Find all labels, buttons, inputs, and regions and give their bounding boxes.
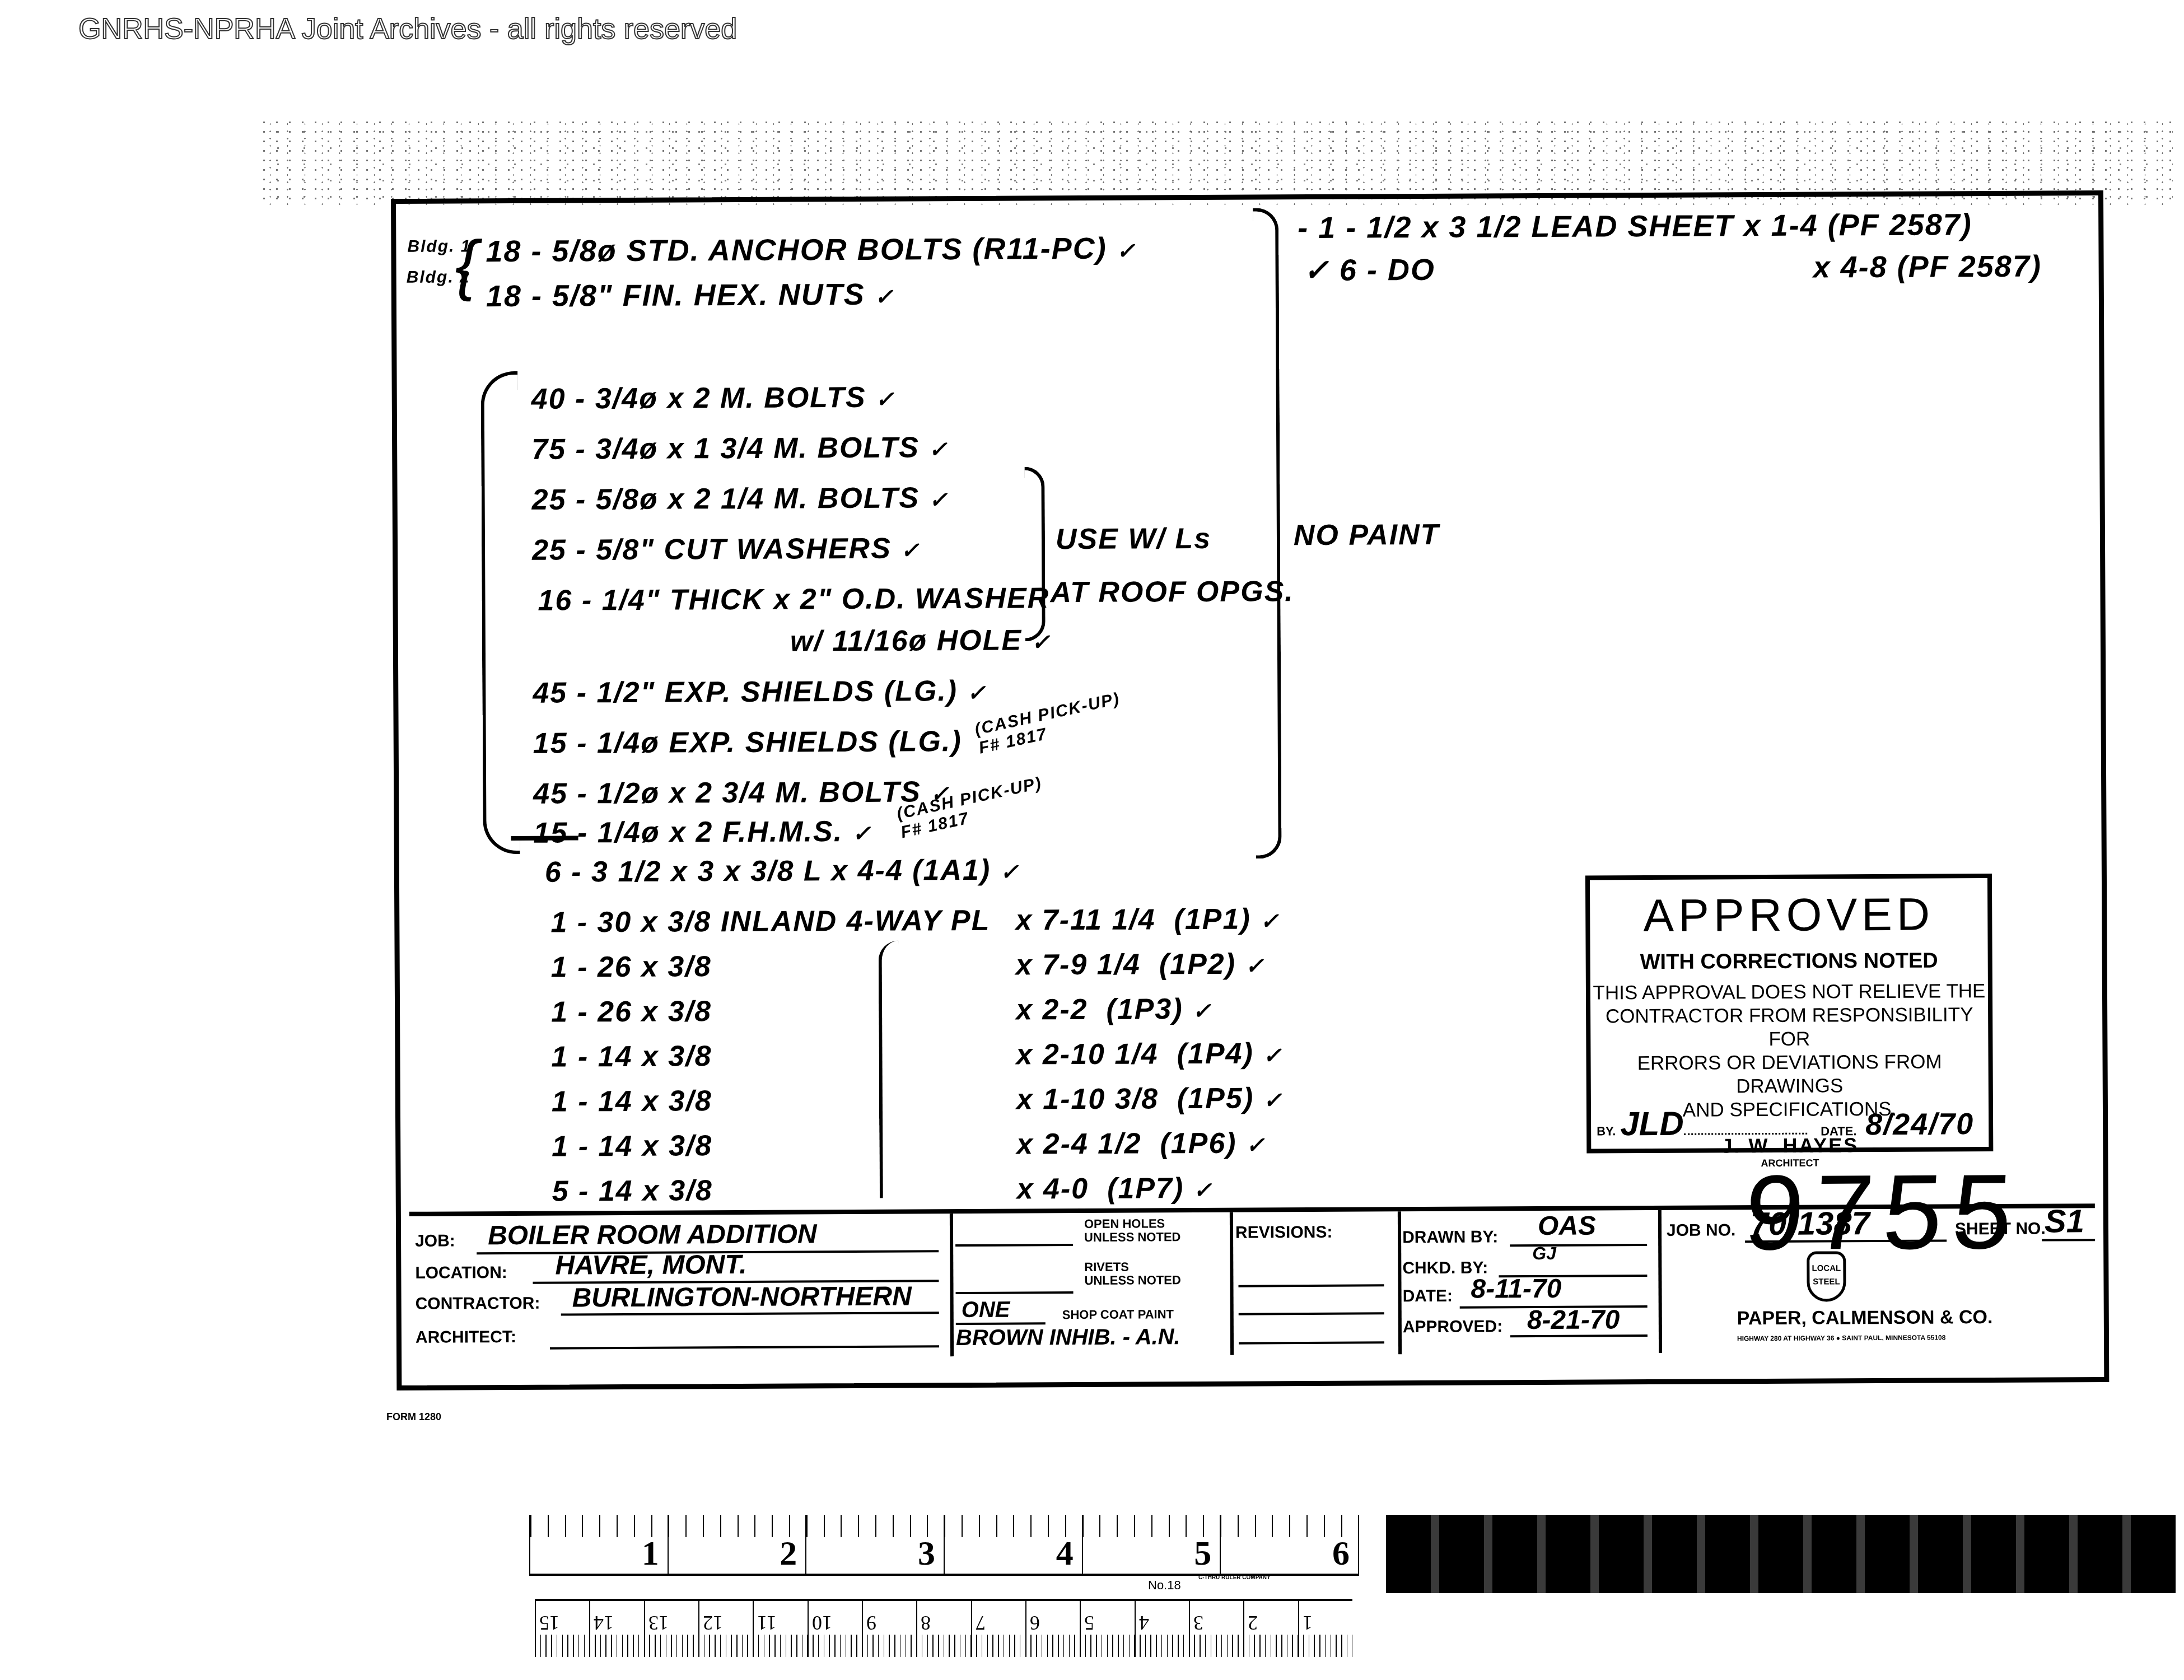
plate-item: 1 - 14 x 3/8 <box>551 1039 712 1074</box>
company-name: PAPER, CALMENSON & CO. <box>1737 1306 1993 1329</box>
roof-openings-brace <box>1024 466 1046 641</box>
ruler-major-tick <box>1358 1515 1359 1574</box>
local-steel-logo-icon: LOCAL STEEL <box>1807 1251 1846 1301</box>
hardware-brace <box>481 371 520 854</box>
cm-label: 1 <box>1303 1611 1313 1635</box>
drawn-by-value: OAS <box>1538 1211 1596 1242</box>
plate-item: 5 - 14 x 3/8 <box>552 1174 713 1208</box>
company-address: HIGHWAY 280 AT HIGHWAY 36 ● SAINT PAUL, … <box>1737 1331 1946 1345</box>
cm-label: 12 <box>703 1611 723 1635</box>
plate-item: 1 - 14 x 3/8 <box>552 1129 712 1163</box>
no-paint-note: NO PAINT <box>1294 518 1440 552</box>
ruler-major-tick <box>944 1515 945 1574</box>
anchor-brace: { <box>455 226 479 303</box>
hardware-item: 45 - 1/2" EXP. SHIELDS (LG.) ✓ <box>533 674 987 710</box>
cm-label: 14 <box>594 1611 614 1635</box>
ruler-major-tick <box>971 1601 972 1657</box>
drawing-sheet: Bldg. 1 Bldg. 2 { 18 - 5/8ø STD. ANCHOR … <box>391 190 2109 1390</box>
approval-stamp: APPROVED WITH CORRECTIONS NOTED THIS APP… <box>1585 874 1993 1154</box>
plate-length: x 7-9 1/4 (1P2) ✓ <box>1016 947 1266 982</box>
hardware-item: 16 - 1/4" THICK x 2" O.D. WASHER <box>538 581 1049 617</box>
cm-label: 13 <box>648 1611 669 1635</box>
form-number: FORM 1280 <box>386 1411 441 1423</box>
job-value: BOILER ROOM ADDITION <box>488 1219 817 1251</box>
cm-label: 15 <box>539 1611 559 1635</box>
company-cell: JOB NO. 70-1387 SHEET NO. S1 LOCAL STEEL… <box>1658 1208 2096 1353</box>
hardware-item: 40 - 3/4ø x 2 M. BOLTS ✓ <box>531 381 895 416</box>
ruler-major-tick <box>1243 1601 1244 1657</box>
cm-label: 10 <box>812 1611 832 1635</box>
cm-label: 9 <box>866 1611 876 1635</box>
inch-label: 5 <box>1194 1534 1211 1574</box>
ruler-major-tick <box>1189 1601 1190 1657</box>
cm-label: 2 <box>1248 1611 1258 1635</box>
inch-label: 4 <box>1056 1534 1074 1574</box>
hardware-item: 25 - 5/8ø x 2 1/4 M. BOLTS ✓ <box>531 481 949 517</box>
ruler-major-tick <box>1220 1515 1221 1574</box>
ruler-major-tick <box>805 1515 806 1574</box>
stamp-by-initials: JLD <box>1620 1105 1684 1143</box>
cm-label: 11 <box>757 1611 777 1635</box>
job-info-cell: JOB: BOILER ROOM ADDITION LOCATION: HAVR… <box>409 1214 954 1359</box>
anchor-item: 18 - 5/8ø STD. ANCHOR BOLTS (R11-PC) ✓ <box>486 231 1136 269</box>
use-with-note: AT ROOF OPGS. <box>1050 575 1294 609</box>
ruler-major-tick <box>1135 1601 1136 1657</box>
use-with-note: USE W/ Ls <box>1056 522 1211 556</box>
plate-length: x 2-4 1/2 (1P6) ✓ <box>1016 1126 1266 1161</box>
plate-length: x 7-11 1/4 (1P1) ✓ <box>1015 902 1280 937</box>
inch-label: 3 <box>918 1534 935 1574</box>
plate-item: 1 - 26 x 3/8 <box>551 950 712 984</box>
stamp-date: 8/24/70 <box>1865 1107 1974 1142</box>
stamp-signature-row: BY.JLD DATE. 8/24/70 <box>1597 1103 1983 1143</box>
stamp-subtitle: WITH CORRECTIONS NOTED <box>1590 949 1988 974</box>
hardware-item: 15 - 1/4ø EXP. SHIELDS (LG.) <box>533 725 962 760</box>
ruler-major-tick <box>808 1601 809 1657</box>
ruler-major-tick <box>1080 1601 1081 1657</box>
cm-label: 6 <box>1030 1611 1040 1635</box>
revisions-cell: REVISIONS: <box>1230 1211 1402 1355</box>
inch-label: 2 <box>780 1534 797 1574</box>
plate-item: 1 - 14 x 3/8 <box>552 1084 712 1118</box>
sheet-number: S1 <box>2045 1202 2084 1240</box>
stamp-title: APPROVED <box>1590 888 1987 942</box>
checked-by-value: GJ <box>1532 1243 1556 1264</box>
lead-sheet-suffix: x 4-8 (PF 2587) <box>1813 249 2041 285</box>
cash-pickup-note: (CASH PICK-UP)F# 1817 <box>973 689 1126 758</box>
inch-label: 6 <box>1332 1534 1350 1574</box>
job-number: 70-1387 <box>1751 1205 1870 1243</box>
cm-label: 8 <box>921 1611 931 1635</box>
scan-calibration-bar <box>1386 1515 2176 1593</box>
drawn-by-cell: DRAWN BY: OAS CHKD. BY: GJ DATE: 8-11-70… <box>1398 1210 1662 1354</box>
hardware-item: w/ 11/16ø HOLE ✓ <box>790 623 1052 658</box>
plate-item: 1 - 30 x 3/8 INLAND 4-WAY PL <box>550 904 990 940</box>
cm-ruler: 123456789101112131415 <box>535 1599 1352 1657</box>
cm-label: 4 <box>1139 1611 1149 1635</box>
shop-coat-value: ONE <box>962 1298 1010 1323</box>
plate-item: 1 - 26 x 3/8 <box>551 995 712 1029</box>
plate-length: x 2-2 (1P3) ✓ <box>1016 992 1212 1027</box>
ruler-major-tick <box>1082 1515 1083 1574</box>
contractor-value: BURLINGTON-NORTHERN <box>572 1281 911 1313</box>
hardware-item: 75 - 3/4ø x 1 3/4 M. BOLTS ✓ <box>531 431 949 466</box>
ruler-major-tick <box>1025 1601 1026 1657</box>
ruler-major-tick <box>535 1601 536 1657</box>
title-block: JOB: BOILER ROOM ADDITION LOCATION: HAVR… <box>409 1203 2096 1359</box>
angle-item: 6 - 3 1/2 x 3 x 3/8 L x 4-4 (1A1) ✓ <box>545 853 1020 889</box>
ruler-major-tick <box>753 1601 754 1657</box>
hardware-item: 25 - 5/8" CUT WASHERS ✓ <box>532 531 921 567</box>
lead-sheet-item: ✓ 6 - DO <box>1303 252 1435 288</box>
approved-date-value: 8-21-70 <box>1527 1304 1620 1336</box>
paint-value: BROWN INHIB. - A.N. <box>956 1324 1180 1351</box>
hardware-item: 15 - 1/4ø x 2 F.H.M.S. ✓ <box>533 815 872 850</box>
plate-length: x 4-0 (1P7) ✓ <box>1017 1172 1214 1206</box>
hardware-item: 45 - 1/2ø x 2 3/4 M. BOLTS ✓ <box>533 775 950 811</box>
ruler-major-tick <box>1298 1601 1299 1657</box>
plate-bracket <box>878 941 899 1198</box>
cm-label: 3 <box>1193 1611 1203 1635</box>
archive-watermark: GNRHS-NPRHA Joint Archives - all rights … <box>78 12 737 46</box>
inch-label: 1 <box>642 1534 659 1574</box>
ruler-major-tick <box>698 1601 699 1657</box>
lead-sheet-item: - 1 - 1/2 x 3 1/2 LEAD SHEET x 1-4 (PF 2… <box>1298 207 1972 245</box>
ruler-major-tick <box>668 1515 669 1574</box>
no-paint-brace <box>1253 208 1282 858</box>
drawn-date-value: 8-11-70 <box>1471 1273 1561 1305</box>
ruler-major-tick <box>862 1601 863 1657</box>
plate-length: x 2-10 1/4 (1P4) ✓ <box>1016 1037 1283 1071</box>
paint-cell: OPEN HOLES UNLESS NOTED RIVETS UNLESS NO… <box>950 1212 1234 1356</box>
cm-label: 7 <box>976 1611 986 1635</box>
plate-length: x 1-10 3/8 (1P5) ✓ <box>1016 1081 1284 1116</box>
location-value: HAVRE, MONT. <box>555 1249 746 1281</box>
ruler-brand: No.18 C-THRU RULER COMPANY <box>1148 1578 1181 1593</box>
ruler-major-tick <box>589 1601 590 1657</box>
cm-label: 5 <box>1084 1611 1094 1635</box>
inch-ruler: 123456 <box>529 1515 1359 1576</box>
ruler-major-tick <box>644 1601 645 1657</box>
anchor-item: 18 - 5/8" FIN. HEX. NUTS ✓ <box>486 277 895 314</box>
stamp-body: THIS APPROVAL DOES NOT RELIEVE THE CONTR… <box>1590 979 1989 1122</box>
ruler-major-tick <box>916 1601 917 1657</box>
